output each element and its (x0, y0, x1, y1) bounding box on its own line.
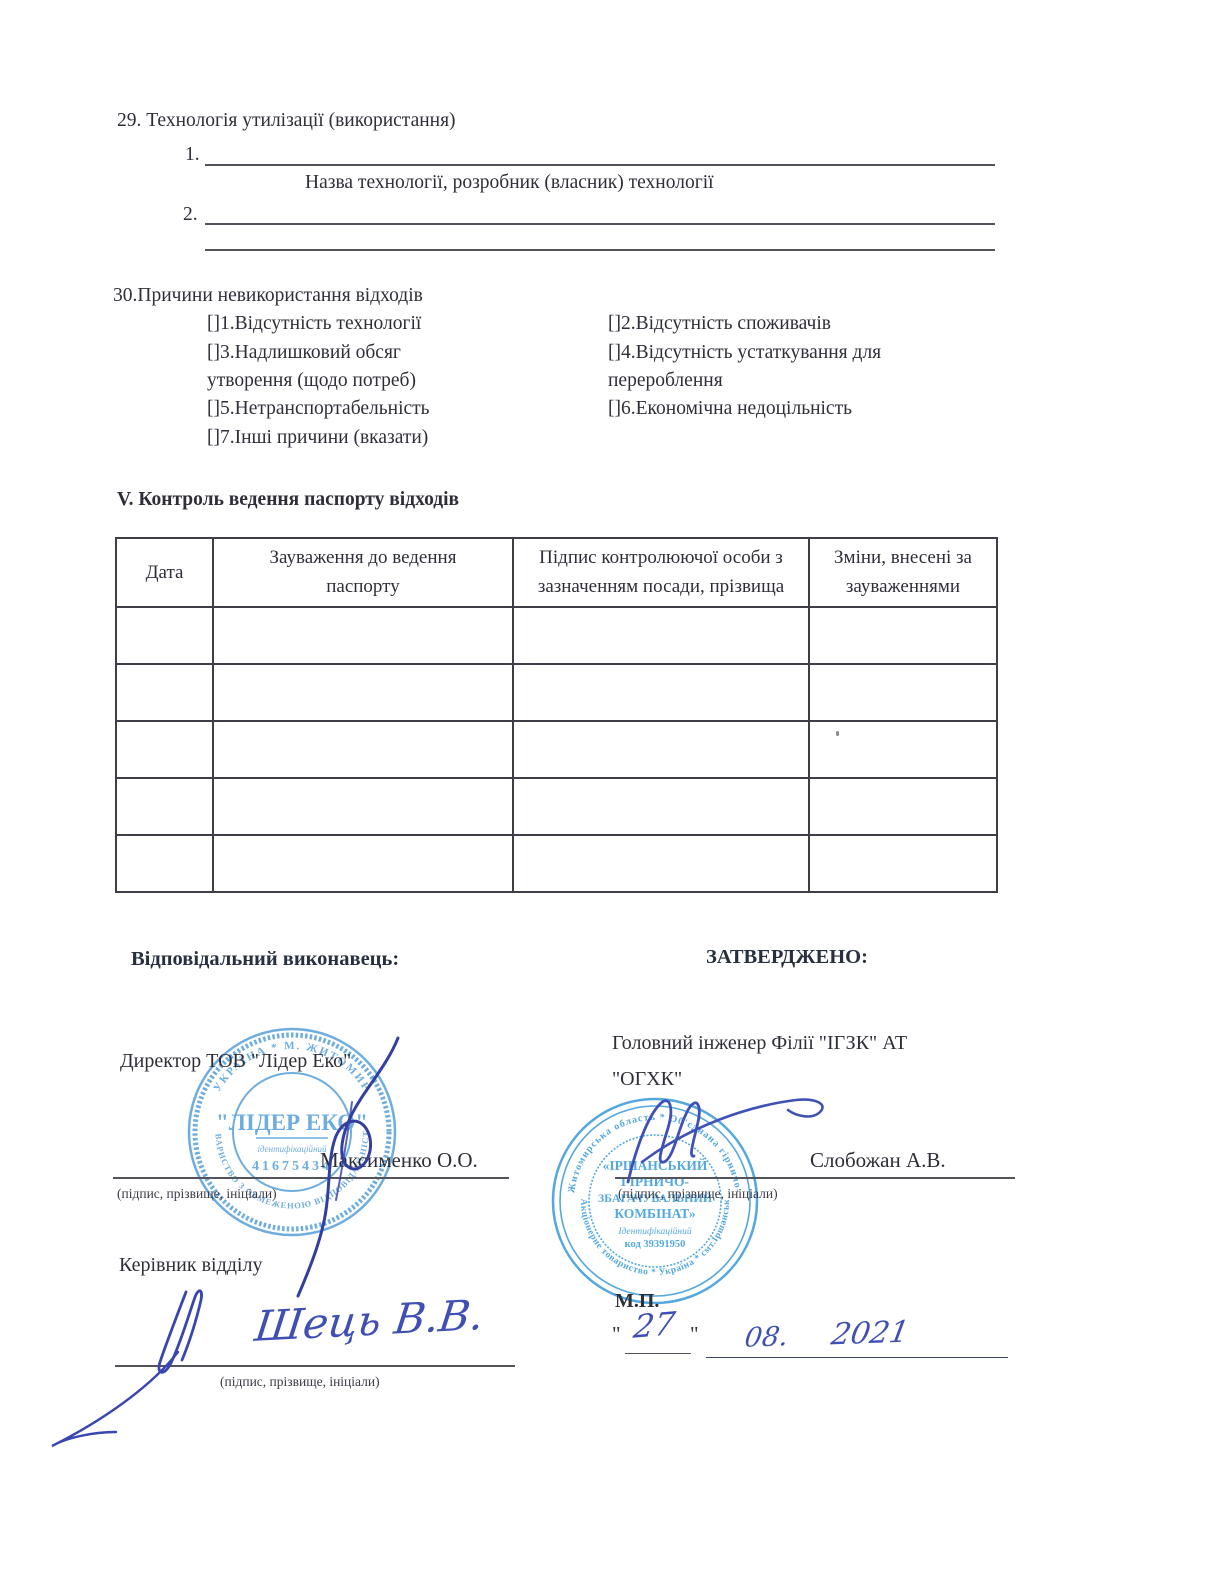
handwritten-day: 27 (631, 1304, 677, 1345)
right-signer-role-line2: "ОГХК" (612, 1066, 682, 1093)
date-close-quote: " (690, 1320, 699, 1348)
section29-item1-number: 1. (185, 142, 200, 168)
handwritten-signature-shets: Шець В.В. (252, 1290, 487, 1351)
table-row (116, 721, 997, 778)
reason-option-4-cont: перероблення (608, 368, 723, 394)
date-day-underline (625, 1353, 691, 1354)
right-signature-caption: (підпис, прізвище, ініціали) (618, 1186, 778, 1202)
reason-option-4: []4.Відсутність устаткування для (608, 340, 881, 366)
stamp-center-line1: «ІРШАНСЬКИЙ (603, 1158, 708, 1173)
handwritten-year: 2021 (829, 1315, 912, 1353)
blank-line-1 (205, 164, 995, 166)
col-header-remarks: Зауваження до ведення паспорту (213, 538, 513, 607)
reason-option-6: []6.Економічна недоцільність (608, 396, 852, 422)
stamp-id-label: ідентифікаційний (258, 1144, 327, 1154)
date-month-year-underline (706, 1357, 1008, 1358)
table-row (116, 778, 997, 835)
left-signer-role-2: Керівник відділу (119, 1252, 262, 1279)
stamp-center-line5: Ідентифікаційний (617, 1226, 692, 1237)
blank-line-2 (205, 223, 995, 225)
stamp-center-line4: КОМБІНАТ» (614, 1206, 696, 1221)
table-row (116, 835, 997, 892)
left-signature-caption: (підпис, прізвище, ініціали) (117, 1186, 277, 1202)
right-signature-line (615, 1177, 1015, 1179)
date-open-quote: " (612, 1320, 621, 1348)
stamp-center-name: "ЛІДЕР ЕКО" (216, 1110, 368, 1135)
scan-speck (836, 731, 839, 736)
reason-option-2: []2.Відсутність споживачів (608, 311, 831, 337)
control-table: Дата Зауваження до ведення паспорту Підп… (115, 537, 998, 893)
scanned-document-page: 29. Технологія утилізації (використання)… (0, 0, 1219, 1574)
left-signer-role: Директор ТОВ "Лідер Еко" (120, 1048, 351, 1075)
col-header-changes: Зміни, внесені за зауваженнями (809, 538, 997, 607)
section29-caption: Назва технології, розробник (власник) те… (305, 170, 714, 196)
head-of-department-signature-stroke (159, 1291, 202, 1372)
col-header-signature: Підпис контролюючої особи з зазначенням … (513, 538, 809, 607)
section29-title: 29. Технологія утилізації (використання) (117, 108, 456, 134)
blank-line-3 (205, 249, 995, 251)
section29-item2-number: 2. (183, 202, 198, 228)
stamp-center-line6: код 39391950 (625, 1239, 686, 1250)
sectionV-title: V. Контроль ведення паспорту відходів (117, 487, 459, 513)
reason-option-1: []1.Відсутність технології (207, 311, 421, 337)
approved-header: ЗАТВЕРДЖЕНО: (706, 944, 868, 972)
handwritten-month: 08. (743, 1321, 791, 1353)
table-row (116, 607, 997, 664)
responsible-executor-header: Відповідальний виконавець: (131, 946, 399, 974)
reason-option-5: []5.Нетранспортабельність (207, 396, 430, 422)
left-signature-line (113, 1177, 509, 1179)
left-signature-caption-2: (підпис, прізвище, ініціали) (220, 1374, 380, 1390)
table-header-row: Дата Зауваження до ведення паспорту Підп… (116, 538, 997, 607)
reason-option-7: []7.Інші причини (вказати) (207, 425, 428, 451)
section30-title: 30.Причини невикористання відходів (113, 283, 423, 309)
left-signature-line-2 (115, 1365, 515, 1367)
reason-option-3-cont: утворення (щодо потреб) (207, 368, 416, 394)
reason-option-3: []3.Надлишковий обсяг (207, 340, 401, 366)
right-signer-name: Слобожан А.В. (810, 1146, 946, 1174)
col-header-date: Дата (116, 538, 213, 607)
right-signer-role-line1: Головний інженер Філії "ІГЗК" АТ (612, 1030, 907, 1057)
table-row (116, 664, 997, 721)
left-signer-name: Максименко О.О. (320, 1146, 478, 1174)
